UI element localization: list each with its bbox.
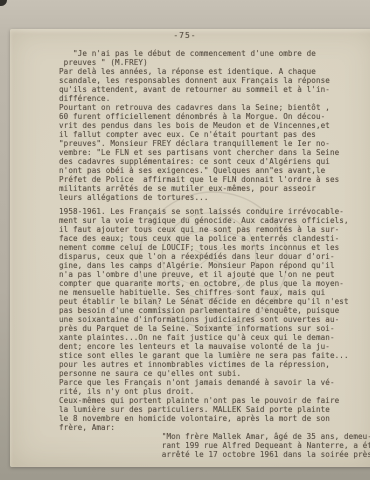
page-number: -75- xyxy=(0,31,370,40)
paragraph-intro-quote: "Je n'ai pas le début de commencement d'… xyxy=(59,49,339,202)
scan-corner-artifact xyxy=(0,0,7,6)
scanned-document-background: -75- "Je n'ai pas le début de commenceme… xyxy=(0,0,370,480)
paragraph-main-text: 1958-1961. Les Français se sont laissés … xyxy=(59,207,370,459)
